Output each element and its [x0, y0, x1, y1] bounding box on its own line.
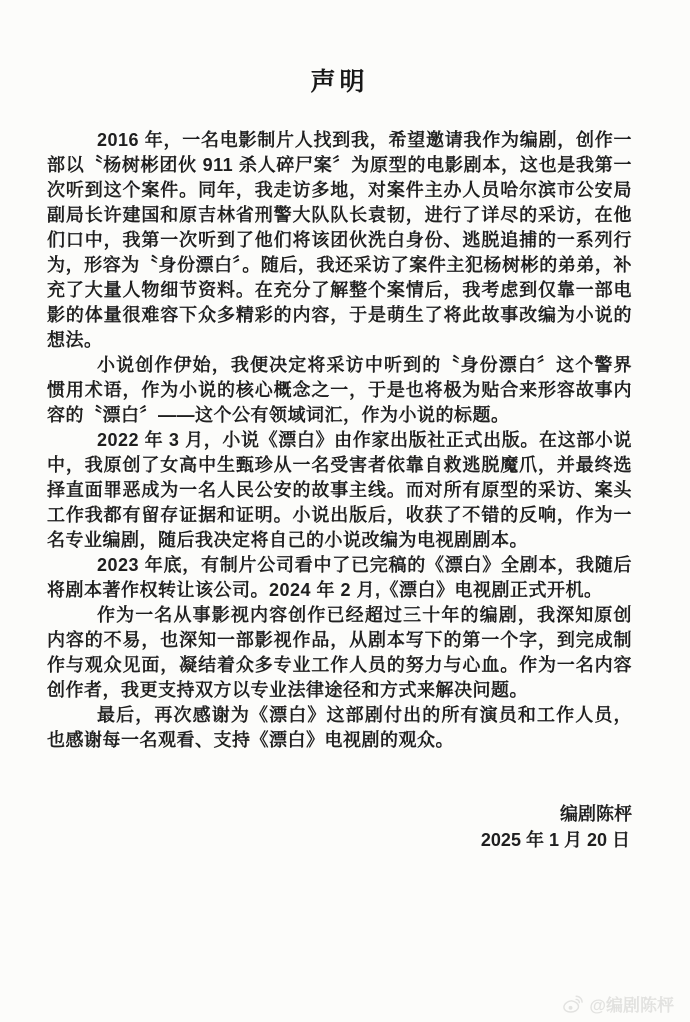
paragraph-4: 2023 年底，有制片公司看中了已完稿的《漂白》全剧本，我随后将剧本著作权转让该…	[47, 553, 632, 603]
paragraph-1: 2016 年，一名电影制片人找到我，希望邀请我作为编剧，创作一部以〝杨树彬团伙 …	[47, 128, 632, 353]
weibo-watermark: @编剧陈枰	[562, 991, 674, 1016]
statement-document: 声明 2016 年，一名电影制片人找到我，希望邀请我作为编剧，创作一部以〝杨树彬…	[0, 0, 690, 854]
paragraph-6: 最后，再次感谢为《漂白》这部剧付出的所有演员和工作人员，也感谢每一名观看、支持《…	[47, 703, 632, 753]
paragraph-3: 2022 年 3 月，小说《漂白》由作家出版社正式出版。在这部小说中，我原创了女…	[47, 428, 632, 553]
signature: 编剧陈枰	[47, 801, 632, 827]
signature-block: 编剧陈枰 2025 年 1 月 20 日	[47, 801, 632, 854]
paragraph-5: 作为一名从事影视内容创作已经超过三十年的编剧，我深知原创内容的不易，也深知一部影…	[47, 603, 632, 703]
paragraph-2: 小说创作伊始，我便决定将采访中听到的〝身份漂白〞这个警界惯用术语，作为小说的核心…	[47, 353, 632, 428]
page-title: 声明	[47, 62, 632, 98]
watermark-text: @编剧陈枰	[589, 991, 674, 1016]
signature-date: 2025 年 1 月 20 日	[47, 827, 632, 854]
statement-body: 2016 年，一名电影制片人找到我，希望邀请我作为编剧，创作一部以〝杨树彬团伙 …	[47, 128, 632, 753]
weibo-icon	[562, 994, 584, 1014]
